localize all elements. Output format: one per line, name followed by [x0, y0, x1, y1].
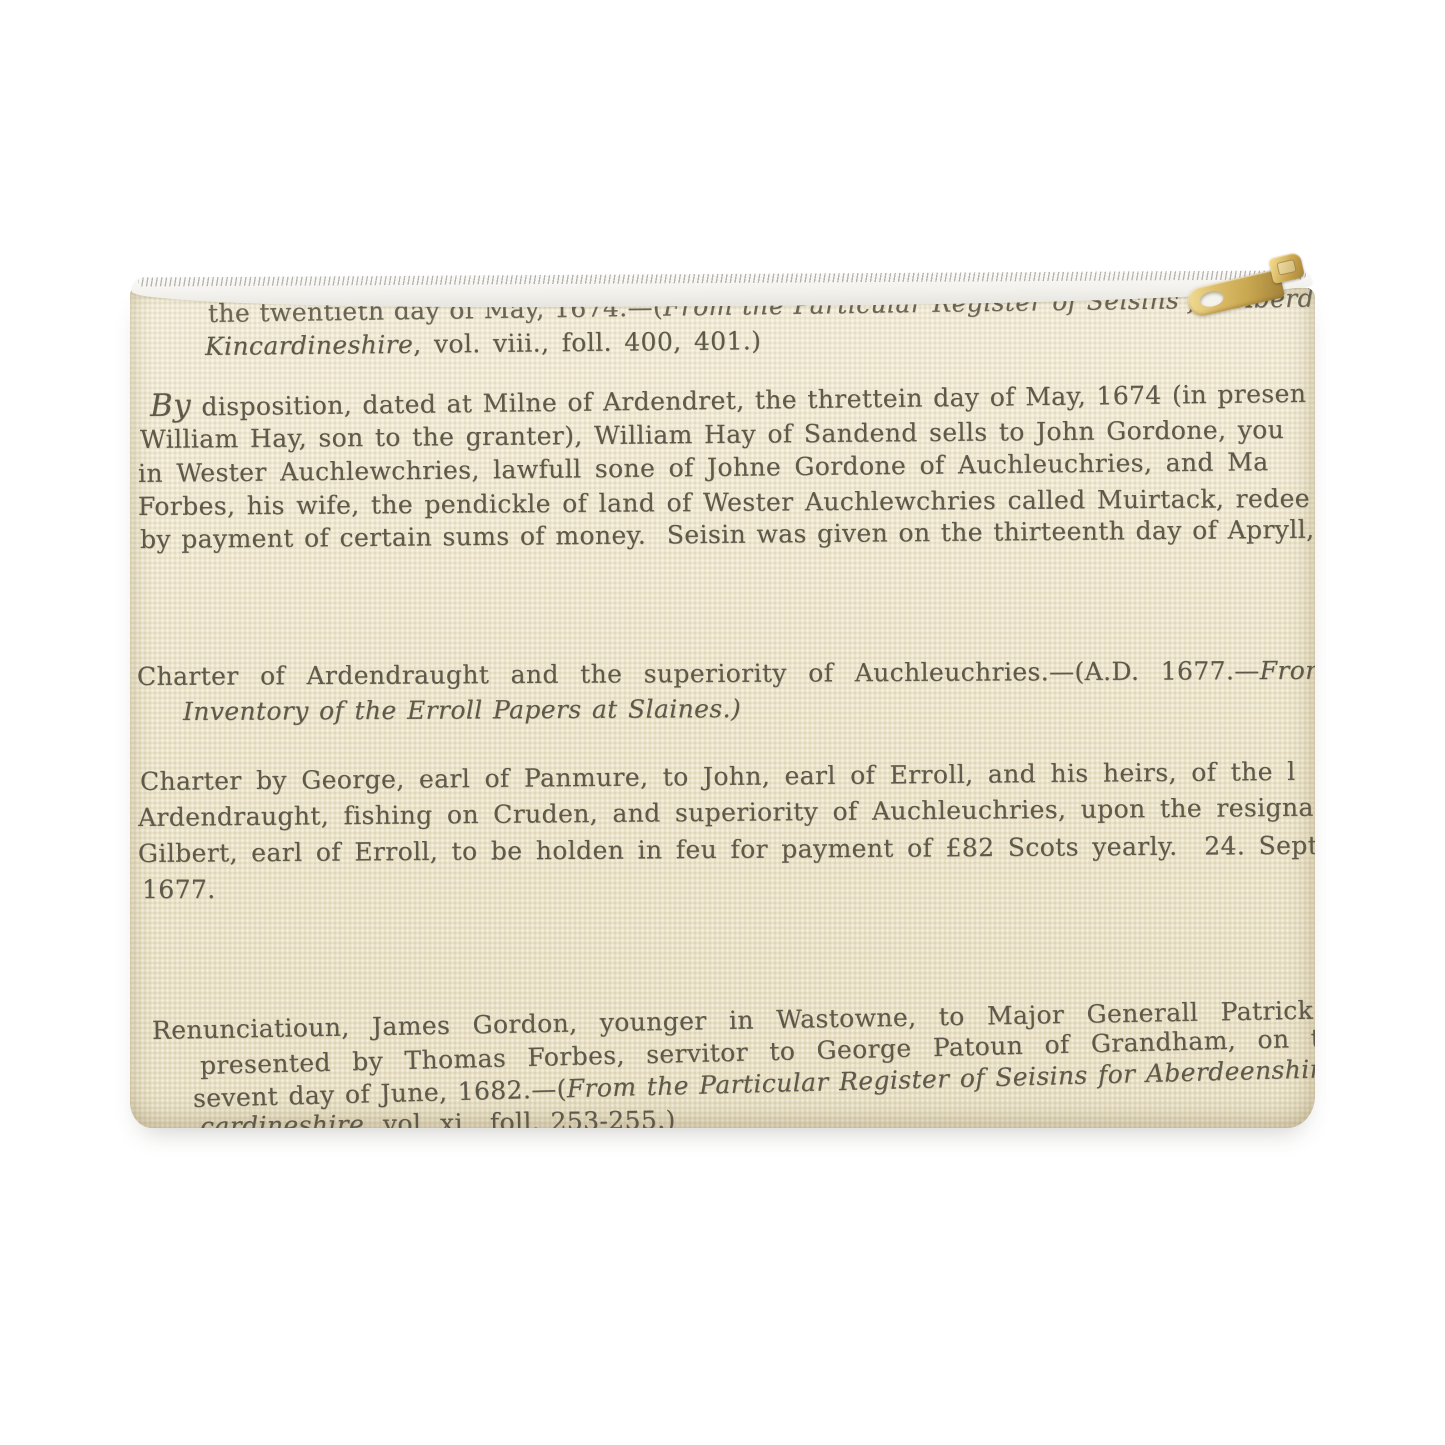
zipper-pull-hole — [1198, 289, 1225, 309]
document-line: by payment of certain sums of money. Sei… — [140, 515, 1315, 555]
product-photo: the twentieth day of May, 1674.—(From th… — [0, 0, 1445, 1445]
document-line: Charter of Ardendraught and the superior… — [137, 656, 1315, 692]
document-line: Ardendraught, fishing on Cruden, and sup… — [138, 793, 1314, 833]
zipper-slider — [1268, 252, 1305, 285]
zipper-teeth — [138, 270, 1306, 286]
fabric-panel: the twentieth day of May, 1674.—(From th… — [130, 288, 1315, 1128]
document-line: Gilbert, earl of Erroll, to be holden in… — [138, 831, 1315, 869]
document-line: Kincardineshire, vol. viii., foll. 400, … — [205, 326, 762, 362]
document-line: Charter by George, earl of Panmure, to J… — [140, 757, 1296, 797]
accessory-pouch: the twentieth day of May, 1674.—(From th… — [130, 258, 1315, 1130]
document-line: 1677. — [142, 875, 216, 905]
document-line: Inventory of the Erroll Papers at Slaine… — [183, 694, 741, 727]
